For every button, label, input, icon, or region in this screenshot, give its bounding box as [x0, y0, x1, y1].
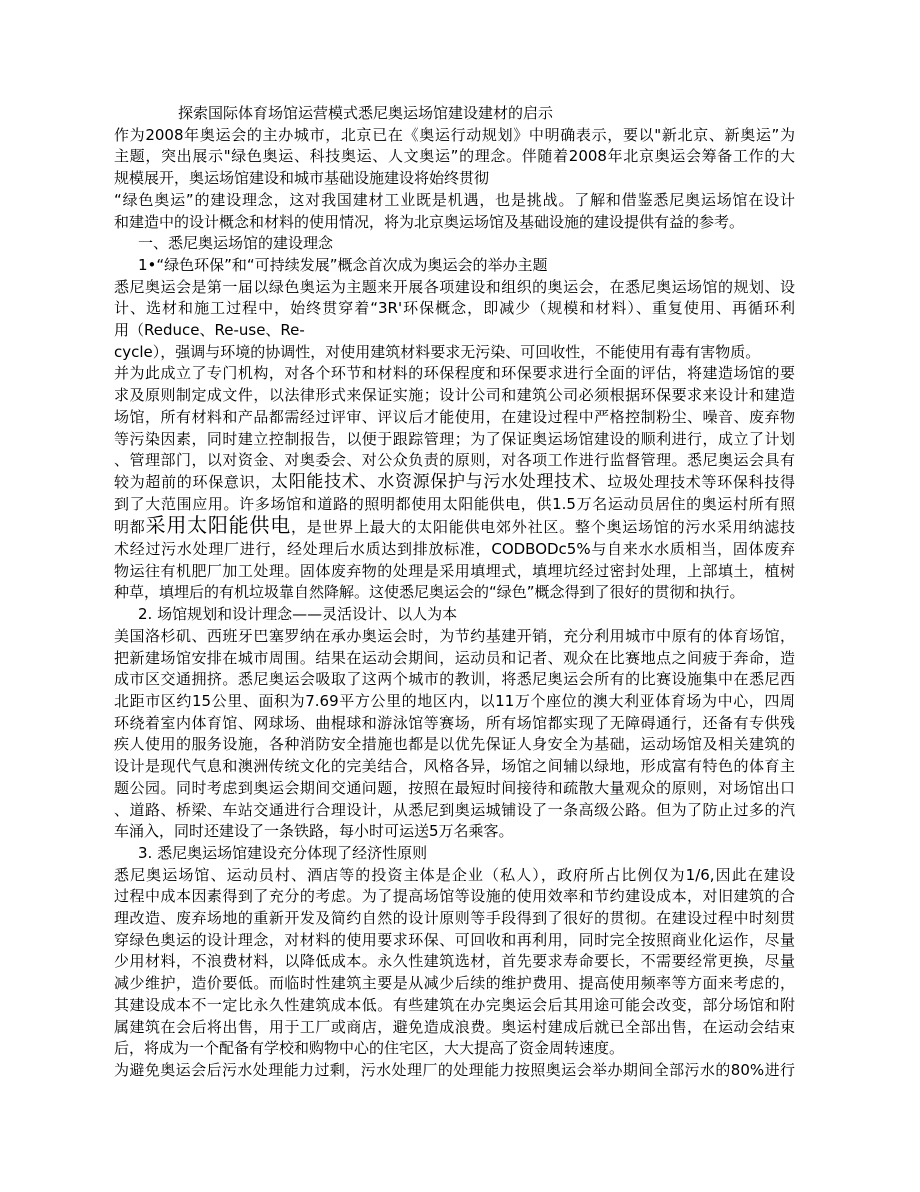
- text-line: 疾人使用的服务设施，各种消防安全措施也都是以优先保证人身安全为基础，运动场馆及相…: [114, 734, 795, 756]
- text-line: 后，将成为一个配备有学校和购物中心的住宅区，大大提高了资金周转速度。: [114, 1038, 795, 1060]
- text-run: 物运往有机肥厂加工处理。固体废弃物的处理是采用填埋式，填埋坑经过密封处理，上部填…: [114, 562, 795, 580]
- text-line: 成市区交通拥挤。悉尼奥运会吸取了这两个城市的教训，将悉尼奥运会所有的比赛设施集中…: [114, 669, 795, 691]
- text-line: 等污染因素，同时建立控制报告，以便于跟踪管理；为了保证奥运场馆建设的顺利进行，成…: [114, 429, 795, 451]
- text-run: 计、选材和施工过程中，始终贯穿着“3R'环保概念，即减少（规模和材料）、重复使用…: [114, 299, 795, 317]
- document-lines: 作为2008年奥运会的主办城市，北京已在《奥运行动规划》中明确表示，要以"新北京…: [114, 125, 795, 1082]
- text-run: 1•“绿色环保”和“可持续发展”概念首次成为奥运会的举办主题: [138, 256, 547, 274]
- document-body: 探索国际体育场馆运营模式悉尼奥运场馆建设建材的启示 作为2008年奥运会的主办城…: [114, 103, 795, 1082]
- text-run: 和建造中的设计概念和材料的使用情况，将为北京奥运场馆及基础设施的建设提供有益的参…: [114, 213, 744, 231]
- text-line: 为避免奥运会后污水处理能力过剩，污水处理厂的处理能力按照奥运会举办期间全部污水的…: [114, 1060, 795, 1082]
- text-line: 计、选材和施工过程中，始终贯穿着“3R'环保概念，即减少（规模和材料）、重复使用…: [114, 298, 795, 320]
- text-line: 把新建场馆安排在城市周围。结果在运动会期间，运动员和记者、观众在比赛地点之间疲于…: [114, 648, 795, 670]
- text-run: 成市区交通拥挤。悉尼奥运会吸取了这两个城市的教训，将悉尼奥运会所有的比赛设施集中…: [114, 670, 795, 688]
- text-line: 车涌入，同时还建设了一条铁路，每小时可运送5万名乘客。: [114, 821, 795, 843]
- section-heading: 一、悉尼奥运场馆的建设理念: [114, 233, 795, 255]
- emphasized-text-run: 太阳能技术、水资源保护与污水处理技术、: [271, 472, 607, 492]
- text-run: 垃圾处理技术等环保科技得: [607, 473, 795, 491]
- text-run: 属建筑在会后将出售，用于工厂或商店，避免造成浪费。奥运村建成后就已全部出售，在运…: [114, 1018, 795, 1036]
- text-run: 北距市区约15公里、面积为7.69平方公里的地区内，以11万个座位的澳大利亚体育…: [114, 692, 795, 710]
- text-line: 属建筑在会后将出售，用于工厂或商店，避免造成浪费。奥运村建成后就已全部出售，在运…: [114, 1017, 795, 1039]
- document-title: 探索国际体育场馆运营模式悉尼奥运场馆建设建材的启示: [114, 103, 795, 125]
- text-run: 环绕着室内体育馆、网球场、曲棍球和游泳馆等赛场，所有场馆都实现了无障碍通行，还备…: [114, 714, 795, 732]
- text-run: 较为超前的环保意识，: [114, 473, 271, 491]
- text-run: 3. 悉尼奥运场馆建设充分体现了经济性原则: [138, 844, 427, 862]
- section-heading: 3. 悉尼奥运场馆建设充分体现了经济性原则: [114, 843, 795, 865]
- text-line: 用（Reduce、Re-use、Re-: [114, 320, 795, 342]
- text-line: 求及原则制定成文件，以法律形式来保证实施；设计公司和建筑公司必须根据环保要求来设…: [114, 385, 795, 407]
- text-run: 其建设成本不一定比永久性建筑成本低。有些建筑在办完奥运会后其用途可能会改变，部分…: [114, 996, 795, 1014]
- text-line: 过程中成本因素得到了充分的考虑。为了提高场馆等设施的使用效率和节约建设成本，对旧…: [114, 886, 795, 908]
- text-line: 题公园。同时考虑到奥运会期间交通问题，按照在最短时间接待和疏散大量观众的原则，对…: [114, 778, 795, 800]
- text-run: 种草，填埋后的有机垃圾靠自然降解。这使悉尼奥运会的“绿色”概念得到了很好的贯彻和…: [114, 583, 745, 601]
- text-line: 场馆，所有材料和产品都需经过评审、评议后才能使用，在建设过程中严格控制粉尘、噪音…: [114, 407, 795, 429]
- emphasized-text-run: 采用太阳能供电: [146, 513, 291, 537]
- document-page: 探索国际体育场馆运营模式悉尼奥运场馆建设建材的启示 作为2008年奥运会的主办城…: [0, 0, 920, 1192]
- text-run: 、管理部门，以对资金、对奥委会、对公众负责的原则，对各项工作进行监督管理。悉尼奥…: [114, 451, 795, 469]
- text-run: 2. 场馆规划和设计理念——灵活设计、以人为本: [138, 605, 457, 623]
- text-line: 和建造中的设计概念和材料的使用情况，将为北京奥运场馆及基础设施的建设提供有益的参…: [114, 212, 795, 234]
- text-run: 题公园。同时考虑到奥运会期间交通问题，按照在最短时间接待和疏散大量观众的原则，对…: [114, 779, 795, 797]
- text-line: “绿色奥运”的建设理念，这对我国建材工业既是机遇，也是挑战。了解和借鉴悉尼奥运场…: [114, 190, 795, 212]
- text-run: 穿绿色奥运的设计理念，对材料的使用要求环保、可回收和再利用，同时完全按照商业化运…: [114, 931, 795, 949]
- text-line: 较为超前的环保意识，太阳能技术、水资源保护与污水处理技术、垃圾处理技术等环保科技…: [114, 472, 795, 494]
- text-line: 、道路、桥梁、车站交通进行合理设计，从悉尼到奥运城铺设了一条高级公路。但为了防止…: [114, 800, 795, 822]
- text-run: 规模展开，奥运场馆建设和城市基础设施建设将始终贯彻: [114, 169, 489, 187]
- text-run: 主题，突出展示"绿色奥运、科技奥运、人文奥运”的理念。伴随着2008年北京奥运会…: [114, 147, 795, 165]
- text-run: 设计是现代气息和澳洲传统文化的完美结合，风格各异，场馆之间辅以绿地，形成富有特色…: [114, 757, 795, 775]
- text-line: 、管理部门，以对资金、对奥委会、对公众负责的原则，对各项工作进行监督管理。悉尼奥…: [114, 450, 795, 472]
- text-run: 悉尼奥运场馆、运动员村、酒店等的投资主体是企业（私人），政府所占比例仅为1/6,…: [114, 866, 795, 884]
- text-run: ，是世界上最大的太阳能供电郊外社区。整个奥运场馆的污水采用纳滤技: [291, 518, 795, 536]
- text-line: 北距市区约15公里、面积为7.69平方公里的地区内，以11万个座位的澳大利亚体育…: [114, 691, 795, 713]
- text-run: 过程中成本因素得到了充分的考虑。为了提高场馆等设施的使用效率和节约建设成本，对旧…: [114, 887, 795, 905]
- text-line: 穿绿色奥运的设计理念，对材料的使用要求环保、可回收和再利用，同时完全按照商业化运…: [114, 930, 795, 952]
- text-run: 为避免奥运会后污水处理能力过剩，污水处理厂的处理能力按照奥运会举办期间全部污水的…: [114, 1061, 795, 1079]
- text-line: 悉尼奥运场馆、运动员村、酒店等的投资主体是企业（私人），政府所占比例仅为1/6,…: [114, 865, 795, 887]
- text-line: 美国洛杉矶、西班牙巴塞罗纳在承办奥运会时，为节约基建开销，充分利用城市中原有的体…: [114, 626, 795, 648]
- text-run: 明都: [114, 518, 146, 536]
- text-line: 种草，填埋后的有机垃圾靠自然降解。这使悉尼奥运会的“绿色”概念得到了很好的贯彻和…: [114, 582, 795, 604]
- text-run: 并为此成立了专门机构，对各个环节和材料的环保程度和环保要求进行全面的评估，将建造…: [114, 364, 795, 382]
- text-line: 并为此成立了专门机构，对各个环节和材料的环保程度和环保要求进行全面的评估，将建造…: [114, 363, 795, 385]
- section-heading: 2. 场馆规划和设计理念——灵活设计、以人为本: [114, 604, 795, 626]
- text-run: 到了大范围应用。许多场馆和道路的照明都使用太阳能供电，供1.5万名运动员居住的奥…: [114, 495, 795, 513]
- text-line: 少用材料，不浪费材料，以降低成本。永久性建筑选材，首先要求寿命要长，不需要经常更…: [114, 951, 795, 973]
- text-line: 到了大范围应用。许多场馆和道路的照明都使用太阳能供电，供1.5万名运动员居住的奥…: [114, 494, 795, 516]
- text-run: “绿色奥运”的建设理念，这对我国建材工业既是机遇，也是挑战。了解和借鉴悉尼奥运场…: [114, 191, 795, 209]
- text-line: 设计是现代气息和澳洲传统文化的完美结合，风格各异，场馆之间辅以绿地，形成富有特色…: [114, 756, 795, 778]
- text-run: 理改造、废弃场地的重新开发及简约自然的设计原则等手段得到了很好的贯彻。在建设过程…: [114, 909, 795, 927]
- text-run: 悉尼奥运会是第一届以绿色奥运为主题来开展各项建设和组织的奥运会，在悉尼奥运场馆的…: [114, 278, 795, 296]
- text-run: 、道路、桥梁、车站交通进行合理设计，从悉尼到奥运城铺设了一条高级公路。但为了防止…: [114, 801, 795, 819]
- text-run: 把新建场馆安排在城市周围。结果在运动会期间，运动员和记者、观众在比赛地点之间疲于…: [114, 649, 795, 667]
- text-line: 主题，突出展示"绿色奥运、科技奥运、人文奥运”的理念。伴随着2008年北京奥运会…: [114, 146, 795, 168]
- text-line: 物运往有机肥厂加工处理。固体废弃物的处理是采用填埋式，填埋坑经过密封处理，上部填…: [114, 561, 795, 583]
- text-line: 环绕着室内体育馆、网球场、曲棍球和游泳馆等赛场，所有场馆都实现了无障碍通行，还备…: [114, 713, 795, 735]
- text-line: 作为2008年奥运会的主办城市，北京已在《奥运行动规划》中明确表示，要以"新北京…: [114, 125, 795, 147]
- text-run: 术经过污水处理厂进行，经处理后水质达到排放标准，CODBODc5%与自来水水质相…: [114, 540, 795, 558]
- text-line: 其建设成本不一定比永久性建筑成本低。有些建筑在办完奥运会后其用途可能会改变，部分…: [114, 995, 795, 1017]
- text-run: 一、悉尼奥运场馆的建设理念: [138, 234, 333, 252]
- text-line: 理改造、废弃场地的重新开发及简约自然的设计原则等手段得到了很好的贯彻。在建设过程…: [114, 908, 795, 930]
- text-run: cycle），强调与环境的协调性，对使用建筑材料要求无污染、可回收性，不能使用有…: [114, 343, 760, 361]
- text-run: 等污染因素，同时建立控制报告，以便于跟踪管理；为了保证奥运场馆建设的顺利进行，成…: [114, 430, 795, 448]
- text-run: 用（Reduce、Re-use、Re-: [114, 321, 305, 339]
- text-run: 疾人使用的服务设施，各种消防安全措施也都是以优先保证人身安全为基础，运动场馆及相…: [114, 735, 795, 753]
- text-line: 减少维护，造价要低。而临时性建筑主要是从减少后续的维护费用、提高使用频率等方面来…: [114, 973, 795, 995]
- text-run: 作为2008年奥运会的主办城市，北京已在《奥运行动规划》中明确表示，要以"新北京…: [114, 126, 795, 144]
- text-run: 减少维护，造价要低。而临时性建筑主要是从减少后续的维护费用、提高使用频率等方面来…: [114, 974, 795, 992]
- text-run: 少用材料，不浪费材料，以降低成本。永久性建筑选材，首先要求寿命要长，不需要经常更…: [114, 952, 795, 970]
- text-run: 车涌入，同时还建设了一条铁路，每小时可运送5万名乘客。: [114, 822, 514, 840]
- text-line: 明都采用太阳能供电，是世界上最大的太阳能供电郊外社区。整个奥运场馆的污水采用纳滤…: [114, 515, 795, 539]
- text-run: 后，将成为一个配备有学校和购物中心的住宅区，大大提高了资金周转速度。: [114, 1039, 624, 1057]
- text-line: 术经过污水处理厂进行，经处理后水质达到排放标准，CODBODc5%与自来水水质相…: [114, 539, 795, 561]
- text-run: 场馆，所有材料和产品都需经过评审、评议后才能使用，在建设过程中严格控制粉尘、噪音…: [114, 408, 795, 426]
- text-run: 美国洛杉矶、西班牙巴塞罗纳在承办奥运会时，为节约基建开销，充分利用城市中原有的体…: [114, 627, 795, 645]
- text-run: 求及原则制定成文件，以法律形式来保证实施；设计公司和建筑公司必须根据环保要求来设…: [114, 386, 795, 404]
- text-line: cycle），强调与环境的协调性，对使用建筑材料要求无污染、可回收性，不能使用有…: [114, 342, 795, 364]
- section-heading: 1•“绿色环保”和“可持续发展”概念首次成为奥运会的举办主题: [114, 255, 795, 277]
- text-line: 规模展开，奥运场馆建设和城市基础设施建设将始终贯彻: [114, 168, 795, 190]
- text-line: 悉尼奥运会是第一届以绿色奥运为主题来开展各项建设和组织的奥运会，在悉尼奥运场馆的…: [114, 277, 795, 299]
